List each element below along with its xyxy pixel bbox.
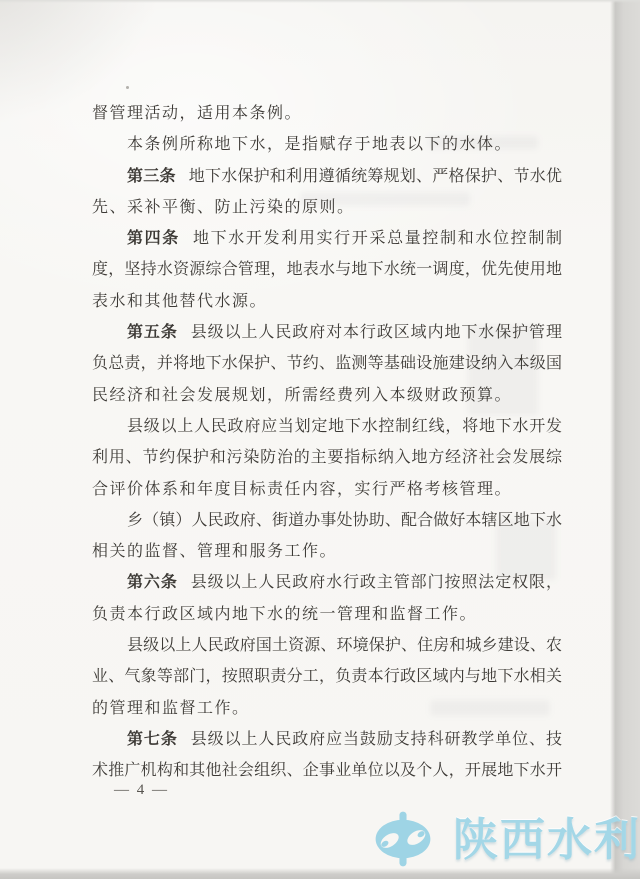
document-line: 本条例所称地下水，是指赋存于地表以下的水体。 [92,129,562,160]
document-line: 县级以上人民政府国土资源、环境保护、住房和城乡建设、农 [92,630,562,661]
document-line: 表水和其他替代水源。 [92,286,562,317]
scan-edge-top [0,0,640,3]
document-line: 第四条地下水开发利用实行开采总量控制和水位控制制 [92,223,562,254]
article-term: 第五条 [127,324,178,341]
document-line: 第七条县级以上人民政府应当鼓励支持科研教学单位、技 [92,724,562,755]
scan-speck [126,86,129,89]
article-term: 第三条 [127,168,176,185]
line-text: 县级以上人民政府水行政主管部门按照法定权限， [191,574,562,591]
document-line: 负总责，并将地下水保护、节约、监测等基础设施建设纳入本级国 [92,348,562,379]
shaanxi-water-logo-icon [366,810,440,868]
line-text: 地下水保护和利用遵循统筹规划、严格保护、节水优 [189,168,562,185]
document-line: 业、气象等部门，按照职责分工，负责本行政区域内与地下水相关 [92,661,562,692]
document-line: 第六条县级以上人民政府水行政主管部门按照法定权限， [92,567,562,598]
line-text: 民经济和社会发展规划，所需经费列入本级财政预算。 [92,387,512,404]
article-term: 第六条 [127,574,178,591]
line-text: 先、采补平衡、防止污染的原则。 [92,199,355,216]
line-text: 表水和其他替代水源。 [92,293,267,310]
document-line: 第三条地下水保护和利用遵循统筹规划、严格保护、节水优 [92,161,562,192]
line-text: 术推广机构和其他社会组织、企事业单位以及个人，开展地下水开 [92,762,562,779]
line-text: 地下水开发利用实行开采总量控制和水位控制制 [193,230,562,247]
line-text: 县级以上人民政府国土资源、环境保护、住房和城乡建设、农 [127,637,562,654]
document-line: 的管理和监督工作。 [92,693,562,724]
line-text: 县级以上人民政府应当鼓励支持科研教学单位、技 [191,731,562,748]
line-text: 相关的监督、管理和服务工作。 [92,543,337,560]
document-line: 乡（镇）人民政府、街道办事处协助、配合做好本辖区地下水 [92,505,562,536]
document-line: 第五条县级以上人民政府对本行政区域内地下水保护管理 [92,317,562,348]
watermark-text: 陕西水利 [453,817,640,862]
document-line: 督管理活动，适用本条例。 [92,98,562,129]
line-text: 业、气象等部门，按照职责分工，负责本行政区域内与地下水相关 [92,668,562,685]
line-text: 合评价体系和年度目标责任内容，实行严格考核管理。 [92,481,512,498]
line-text: 度，坚持水资源综合管理，地表水与地下水统一调度，优先使用地 [92,261,562,278]
page-number: — 4 — [114,782,169,799]
line-text: 督管理活动，适用本条例。 [92,105,302,122]
document-line: 负责本行政区域内地下水的统一管理和监督工作。 [92,599,562,630]
line-text: 负责本行政区域内地下水的统一管理和监督工作。 [92,606,477,623]
line-text: 负总责，并将地下水保护、节约、监测等基础设施建设纳入本级国 [92,355,562,372]
article-term: 第七条 [127,731,178,748]
line-text: 本条例所称地下水，是指赋存于地表以下的水体。 [127,136,512,153]
document-line: 相关的监督、管理和服务工作。 [92,536,562,567]
text-block: 督管理活动，适用本条例。本条例所称地下水，是指赋存于地表以下的水体。第三条地下水… [92,98,562,787]
line-text: 县级以上人民政府对本行政区域内地下水保护管理 [191,324,562,341]
line-text: 的管理和监督工作。 [92,700,250,717]
scan-edge-bottom [0,868,640,879]
line-text: 乡（镇）人民政府、街道办事处协助、配合做好本辖区地下水 [127,512,562,529]
document-line: 度，坚持水资源综合管理，地表水与地下水统一调度，优先使用地 [92,254,562,285]
scan-edge-right [610,0,640,879]
document-line: 合评价体系和年度目标责任内容，实行严格考核管理。 [92,474,562,505]
line-text: 利用、节约保护和污染防治的主要指标纳入地方经济社会发展综 [92,449,562,466]
document-line: 先、采补平衡、防止污染的原则。 [92,192,562,223]
document-line: 民经济和社会发展规划，所需经费列入本级财政预算。 [92,380,562,411]
watermark: 陕西水利 [366,810,640,868]
article-term: 第四条 [127,230,180,247]
document-line: 县级以上人民政府应当划定地下水控制红线，将地下水开发 [92,411,562,442]
document-line: 利用、节约保护和污染防治的主要指标纳入地方经济社会发展综 [92,442,562,473]
line-text: 县级以上人民政府应当划定地下水控制红线，将地下水开发 [127,418,562,435]
